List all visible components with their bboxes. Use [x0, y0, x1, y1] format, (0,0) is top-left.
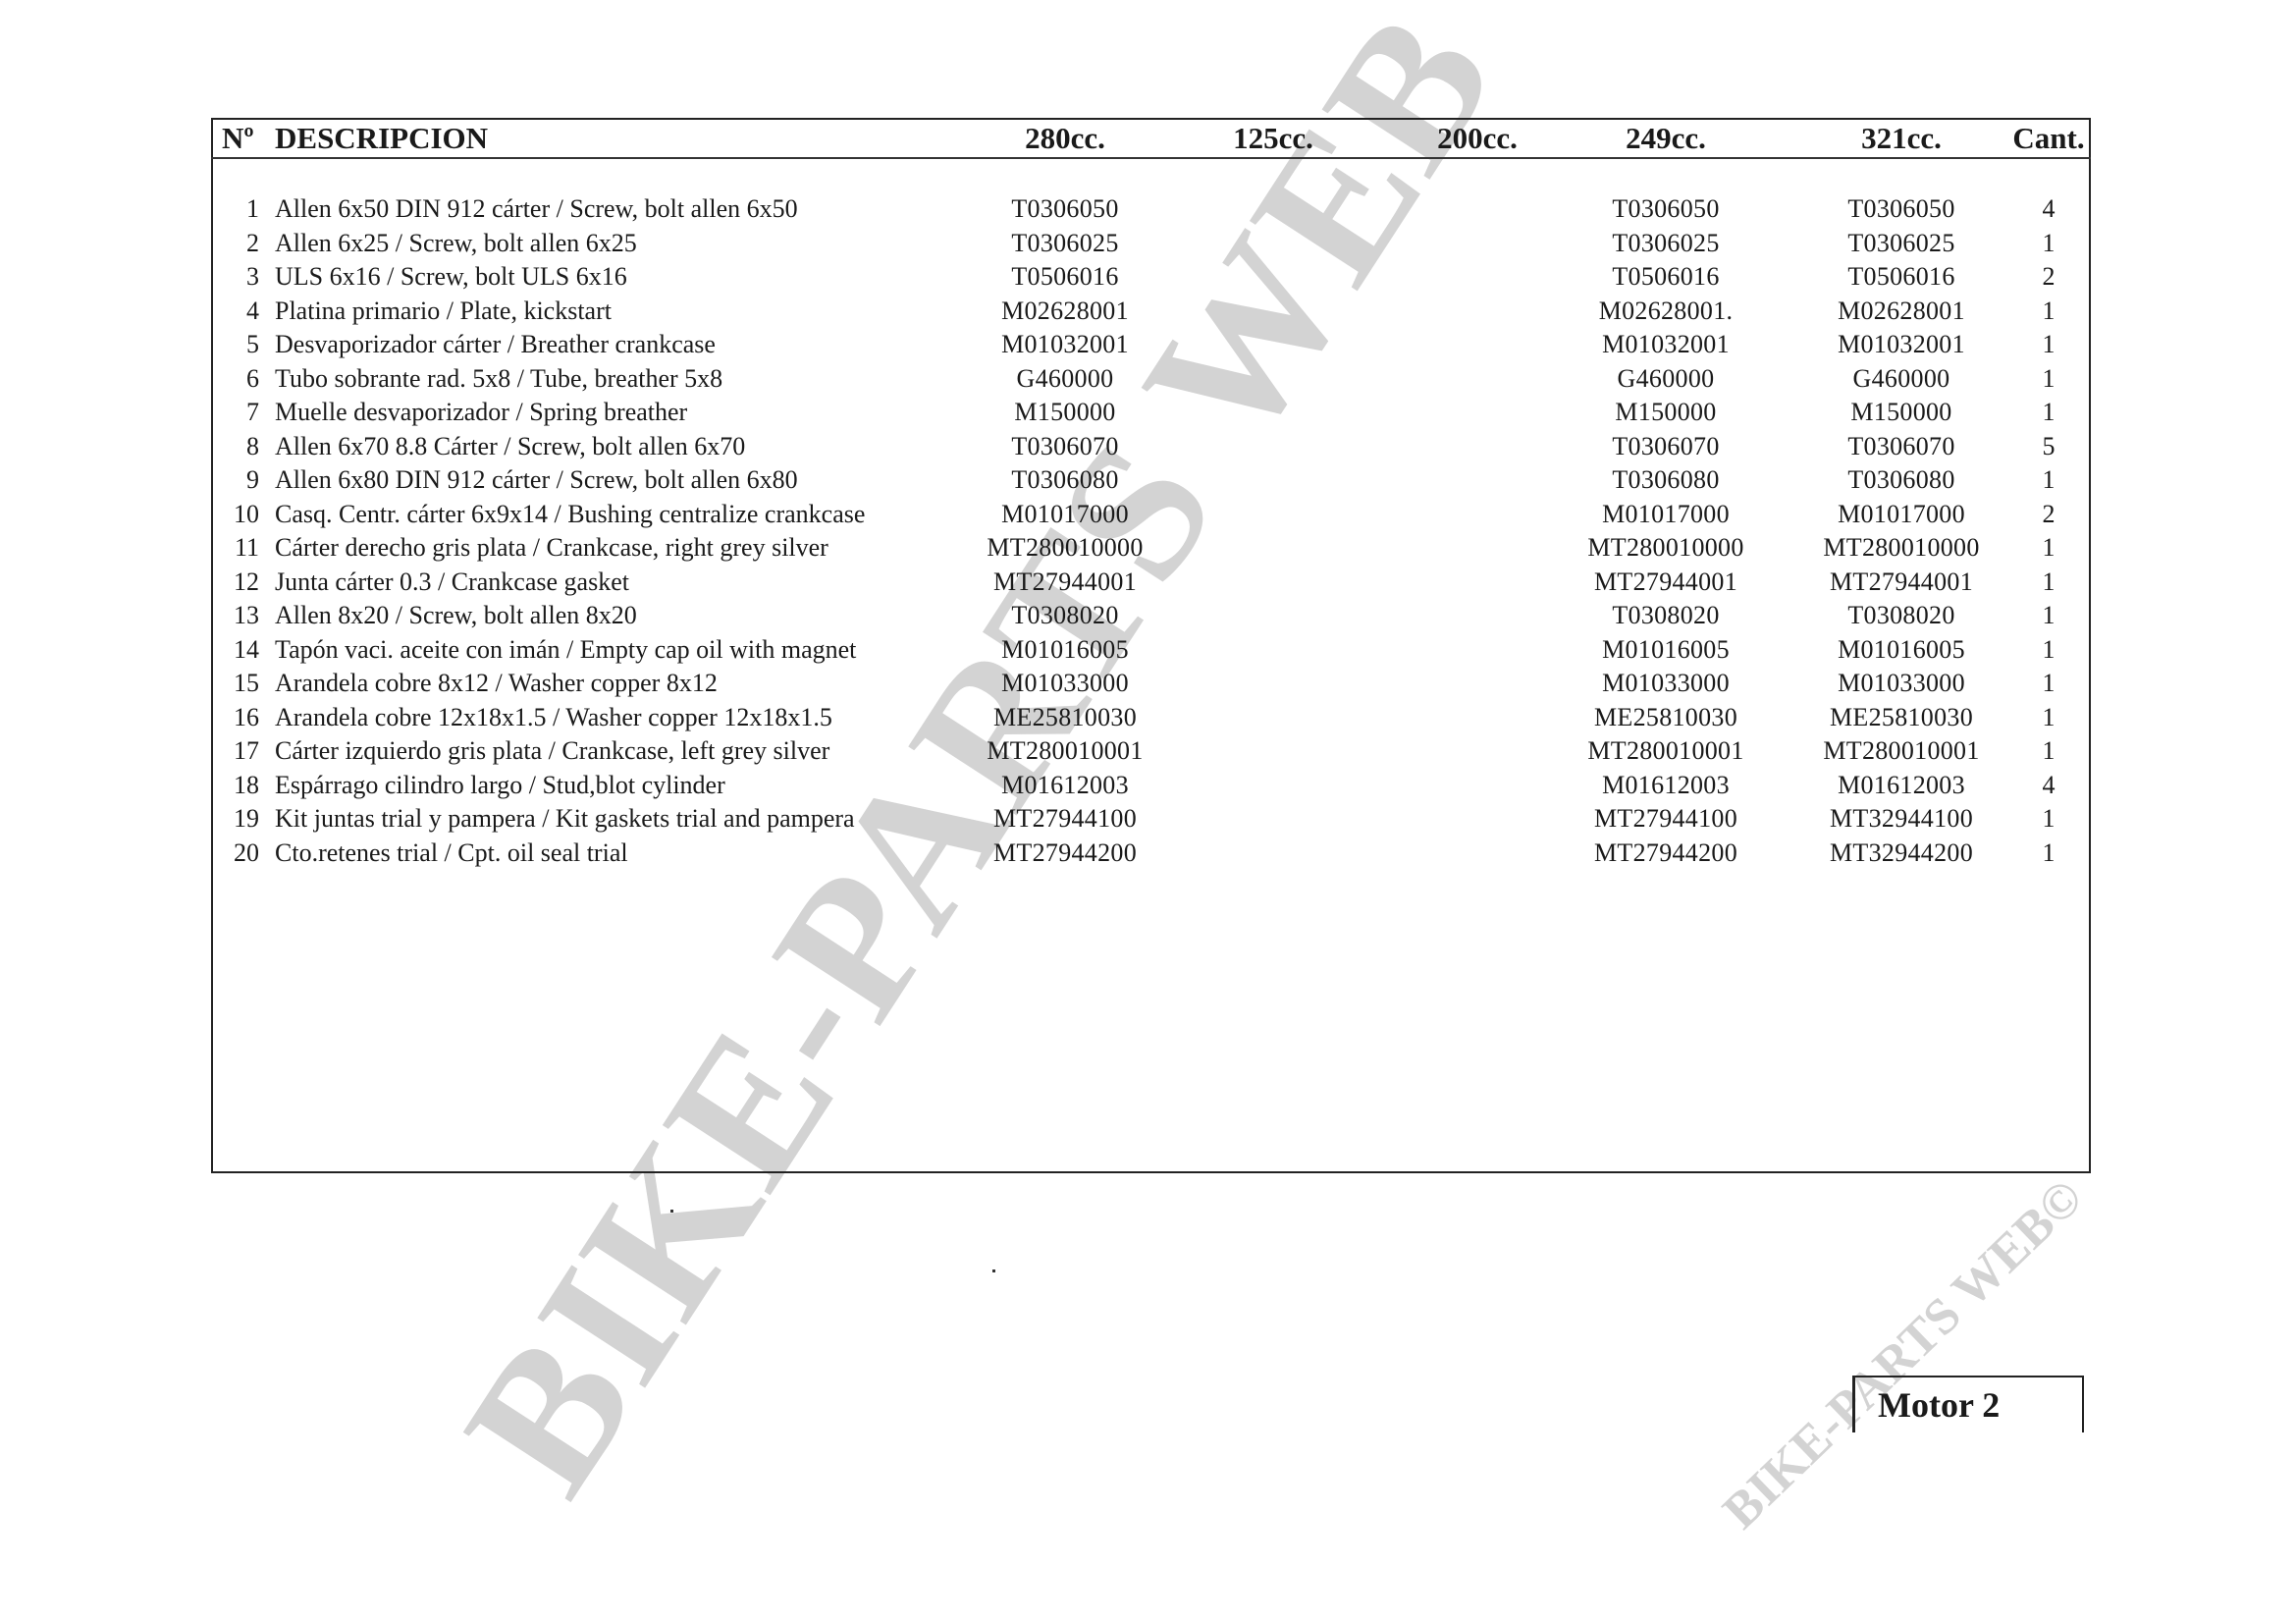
part-code-249cc: T0306025	[1612, 227, 1719, 260]
item-number: 16	[224, 701, 259, 734]
header-200cc: 200cc.	[1437, 118, 1518, 157]
part-code-321cc: MT280010000	[1823, 531, 1979, 565]
header-number: Nº	[222, 118, 254, 157]
part-code-249cc: T0306080	[1612, 463, 1719, 497]
table-row: 1Allen 6x50 DIN 912 cárter / Screw, bolt…	[0, 192, 2296, 226]
item-number: 12	[224, 566, 259, 599]
table-row: 15Arandela cobre 8x12 / Washer copper 8x…	[0, 667, 2296, 700]
item-number: 10	[224, 498, 259, 531]
part-code-321cc: M01033000	[1838, 667, 1965, 700]
part-code-249cc: M02628001.	[1599, 295, 1734, 328]
part-code-249cc: MT280010000	[1587, 531, 1743, 565]
part-code-280cc: T0306025	[1011, 227, 1118, 260]
parts-list-page: BIKE-PARTS WEB BIKE-PARTS WEB© Nº DESCRI…	[0, 0, 2296, 1620]
quantity: 1	[2043, 295, 2056, 328]
part-code-280cc: T0306080	[1011, 463, 1118, 497]
scan-speck	[670, 1210, 673, 1213]
header-280cc: 280cc.	[1025, 118, 1105, 157]
quantity: 1	[2043, 701, 2056, 734]
part-code-280cc: M01612003	[1001, 769, 1129, 802]
quantity: 1	[2043, 328, 2056, 361]
quantity: 4	[2043, 769, 2056, 802]
item-description: Cárter derecho gris plata / Crankcase, r…	[275, 531, 828, 565]
item-description: Junta cárter 0.3 / Crankcase gasket	[275, 566, 629, 599]
item-number: 11	[224, 531, 259, 565]
part-code-321cc: MT280010001	[1823, 734, 1979, 768]
item-number: 9	[224, 463, 259, 497]
item-description: Platina primario / Plate, kickstart	[275, 295, 612, 328]
item-description: Cto.retenes trial / Cpt. oil seal trial	[275, 837, 628, 870]
part-code-249cc: M01033000	[1602, 667, 1730, 700]
quantity: 1	[2043, 463, 2056, 497]
quantity: 1	[2043, 599, 2056, 632]
quantity: 1	[2043, 734, 2056, 768]
header-quantity: Cant.	[2012, 118, 2084, 157]
item-number: 3	[224, 260, 259, 294]
item-description: ULS 6x16 / Screw, bolt ULS 6x16	[275, 260, 627, 294]
item-number: 14	[224, 633, 259, 667]
item-description: Tubo sobrante rad. 5x8 / Tube, breather …	[275, 362, 722, 396]
header-125cc: 125cc.	[1233, 118, 1313, 157]
quantity: 1	[2043, 227, 2056, 260]
part-code-280cc: MT280010000	[987, 531, 1143, 565]
item-description: Allen 6x50 DIN 912 cárter / Screw, bolt …	[275, 192, 798, 226]
quantity: 1	[2043, 837, 2056, 870]
part-code-249cc: MT280010001	[1587, 734, 1743, 768]
part-code-280cc: T0306050	[1011, 192, 1118, 226]
part-code-321cc: M01016005	[1838, 633, 1965, 667]
item-number: 6	[224, 362, 259, 396]
part-code-321cc: M01612003	[1838, 769, 1965, 802]
quantity: 4	[2043, 192, 2056, 226]
part-code-249cc: MT27944100	[1594, 802, 1737, 836]
scan-speck	[992, 1269, 995, 1272]
item-description: Tapón vaci. aceite con imán / Empty cap …	[275, 633, 856, 667]
item-number: 1	[224, 192, 259, 226]
part-code-249cc: M01032001	[1602, 328, 1730, 361]
header-321cc: 321cc.	[1861, 118, 1942, 157]
part-code-249cc: T0308020	[1612, 599, 1719, 632]
part-code-280cc: MT27944100	[993, 802, 1137, 836]
part-code-249cc: MT27944200	[1594, 837, 1737, 870]
table-row: 5Desvaporizador cárter / Breather crankc…	[0, 328, 2296, 361]
quantity: 1	[2043, 396, 2056, 429]
part-code-280cc: T0306070	[1011, 430, 1118, 463]
part-code-249cc: M150000	[1615, 396, 1716, 429]
part-code-321cc: T0506016	[1847, 260, 1954, 294]
table-row: 4Platina primario / Plate, kickstartM026…	[0, 295, 2296, 328]
quantity: 5	[2043, 430, 2056, 463]
quantity: 1	[2043, 566, 2056, 599]
part-code-321cc: T0306070	[1847, 430, 1954, 463]
item-description: Arandela cobre 12x18x1.5 / Washer copper…	[275, 701, 832, 734]
item-number: 7	[224, 396, 259, 429]
table-row: 8Allen 6x70 8.8 Cárter / Screw, bolt all…	[0, 430, 2296, 463]
part-code-249cc: T0306070	[1612, 430, 1719, 463]
item-description: Arandela cobre 8x12 / Washer copper 8x12	[275, 667, 718, 700]
table-row: 2Allen 6x25 / Screw, bolt allen 6x25T030…	[0, 227, 2296, 260]
item-number: 17	[224, 734, 259, 768]
watermark-small: BIKE-PARTS WEB©	[1712, 1168, 2094, 1540]
header-description: DESCRIPCION	[275, 118, 488, 157]
part-code-280cc: ME25810030	[993, 701, 1137, 734]
part-code-321cc: MT32944200	[1830, 837, 1973, 870]
table-row: 7Muelle desvaporizador / Spring breather…	[0, 396, 2296, 429]
part-code-280cc: MT280010001	[987, 734, 1143, 768]
part-code-280cc: M01032001	[1001, 328, 1129, 361]
quantity: 2	[2043, 260, 2056, 294]
part-code-321cc: G460000	[1853, 362, 1950, 396]
part-code-280cc: M02628001	[1001, 295, 1129, 328]
part-code-321cc: M01032001	[1838, 328, 1965, 361]
part-code-321cc: T0308020	[1847, 599, 1954, 632]
part-code-249cc: G460000	[1618, 362, 1715, 396]
item-number: 8	[224, 430, 259, 463]
header-divider	[211, 157, 2091, 159]
item-description: Casq. Centr. cárter 6x9x14 / Bushing cen…	[275, 498, 865, 531]
item-description: Allen 8x20 / Screw, bolt allen 8x20	[275, 599, 637, 632]
part-code-249cc: MT27944001	[1594, 566, 1737, 599]
part-code-321cc: MT32944100	[1830, 802, 1973, 836]
part-code-249cc: M01017000	[1602, 498, 1730, 531]
item-number: 19	[224, 802, 259, 836]
part-code-321cc: T0306025	[1847, 227, 1954, 260]
table-row: 9Allen 6x80 DIN 912 cárter / Screw, bolt…	[0, 463, 2296, 497]
item-number: 18	[224, 769, 259, 802]
table-row: 3ULS 6x16 / Screw, bolt ULS 6x16T0506016…	[0, 260, 2296, 294]
item-description: Cárter izquierdo gris plata / Crankcase,…	[275, 734, 829, 768]
table-row: 6Tubo sobrante rad. 5x8 / Tube, breather…	[0, 362, 2296, 396]
item-description: Kit juntas trial y pampera / Kit gaskets…	[275, 802, 855, 836]
item-description: Allen 6x70 8.8 Cárter / Screw, bolt alle…	[275, 430, 745, 463]
part-code-249cc: ME25810030	[1594, 701, 1737, 734]
part-code-280cc: T0506016	[1011, 260, 1118, 294]
part-code-280cc: M01016005	[1001, 633, 1129, 667]
part-code-321cc: ME25810030	[1830, 701, 1973, 734]
table-row: 12Junta cárter 0.3 / Crankcase gasketMT2…	[0, 566, 2296, 599]
table-row: 20Cto.retenes trial / Cpt. oil seal tria…	[0, 837, 2296, 870]
part-code-249cc: T0506016	[1612, 260, 1719, 294]
quantity: 1	[2043, 633, 2056, 667]
table-row: 19Kit juntas trial y pampera / Kit gaske…	[0, 802, 2296, 836]
table-row: 10Casq. Centr. cárter 6x9x14 / Bushing c…	[0, 498, 2296, 531]
item-number: 4	[224, 295, 259, 328]
item-number: 13	[224, 599, 259, 632]
part-code-280cc: G460000	[1017, 362, 1114, 396]
table-row: 11Cárter derecho gris plata / Crankcase,…	[0, 531, 2296, 565]
quantity: 1	[2043, 667, 2056, 700]
item-number: 2	[224, 227, 259, 260]
item-description: Allen 6x80 DIN 912 cárter / Screw, bolt …	[275, 463, 798, 497]
table-row: 14Tapón vaci. aceite con imán / Empty ca…	[0, 633, 2296, 667]
table-row: 16Arandela cobre 12x18x1.5 / Washer copp…	[0, 701, 2296, 734]
table-row: 18Espárrago cilindro largo / Stud,blot c…	[0, 769, 2296, 802]
quantity: 1	[2043, 802, 2056, 836]
part-code-280cc: M150000	[1014, 396, 1115, 429]
part-code-280cc: MT27944001	[993, 566, 1137, 599]
part-code-321cc: T0306080	[1847, 463, 1954, 497]
part-code-321cc: T0306050	[1847, 192, 1954, 226]
part-code-249cc: M01016005	[1602, 633, 1730, 667]
part-code-280cc: MT27944200	[993, 837, 1137, 870]
quantity: 1	[2043, 531, 2056, 565]
item-description: Espárrago cilindro largo / Stud,blot cyl…	[275, 769, 725, 802]
header-249cc: 249cc.	[1626, 118, 1706, 157]
part-code-321cc: M01017000	[1838, 498, 1965, 531]
part-code-321cc: M02628001	[1838, 295, 1965, 328]
item-description: Desvaporizador cárter / Breather crankca…	[275, 328, 716, 361]
part-code-280cc: M01017000	[1001, 498, 1129, 531]
item-description: Allen 6x25 / Screw, bolt allen 6x25	[275, 227, 637, 260]
part-code-321cc: M150000	[1850, 396, 1951, 429]
table-row: 13Allen 8x20 / Screw, bolt allen 8x20T03…	[0, 599, 2296, 632]
item-number: 5	[224, 328, 259, 361]
part-code-280cc: T0308020	[1011, 599, 1118, 632]
part-code-280cc: M01033000	[1001, 667, 1129, 700]
table-row: 17Cárter izquierdo gris plata / Crankcas…	[0, 734, 2296, 768]
section-label: Motor 2	[1878, 1379, 2000, 1431]
part-code-249cc: T0306050	[1612, 192, 1719, 226]
item-description: Muelle desvaporizador / Spring breather	[275, 396, 687, 429]
item-number: 15	[224, 667, 259, 700]
quantity: 2	[2043, 498, 2056, 531]
part-code-249cc: M01612003	[1602, 769, 1730, 802]
quantity: 1	[2043, 362, 2056, 396]
part-code-321cc: MT27944001	[1830, 566, 1973, 599]
item-number: 20	[224, 837, 259, 870]
